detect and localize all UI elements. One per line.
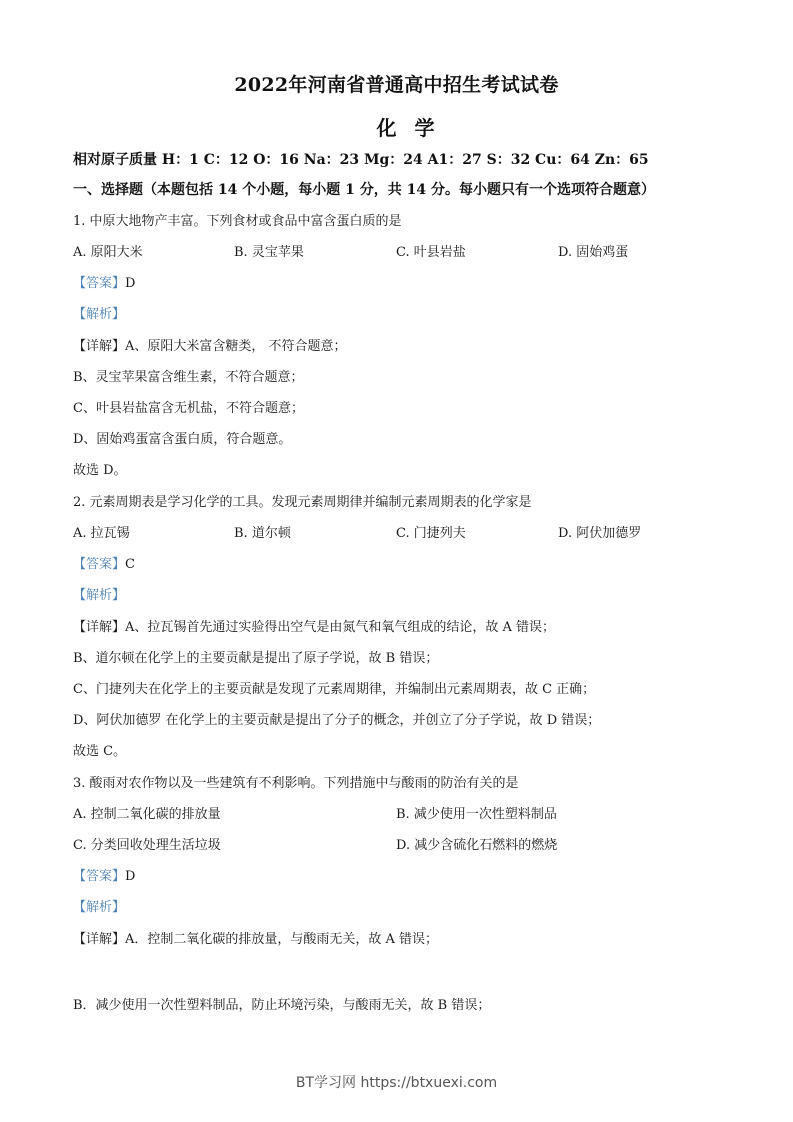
- answer-label: 【答案】: [73, 869, 125, 884]
- q3-option-c: C. 分类回收处理生活垃圾: [73, 838, 221, 854]
- section-heading: 一、选择题（本题包括 14 个小题，每小题 1 分，共 14 分。每小题只有一个…: [73, 182, 655, 198]
- exam-title: 2022年河南省普通高中招生考试试卷: [0, 70, 793, 97]
- answer-label: 【答案】: [73, 557, 125, 572]
- q2-option-a: A. 拉瓦锡: [73, 526, 130, 542]
- q3-option-a: A. 控制二氧化碳的排放量: [73, 807, 221, 823]
- answer-value: D: [125, 276, 135, 291]
- q3-detail-line: B．减少使用一次性塑料制品，防止环境污染，与酸雨无关，故 B 错误；: [73, 998, 490, 1014]
- atomic-masses: 相对原子质量 H：1 C：12 O：16 Na：23 Mg：24 A1：27 S…: [73, 152, 649, 168]
- q2-detail-line: 【详解】A、拉瓦锡首先通过实验得出空气是由氮气和氧气组成的结论，故 A 错误；: [73, 620, 555, 636]
- q2-detail-line: B、道尔顿在化学上的主要贡献是提出了原子学说，故 B 错误；: [73, 651, 438, 667]
- detail-label: 【详解】: [73, 932, 125, 947]
- answer-label: 【答案】: [73, 276, 125, 291]
- q2-option-d: D. 阿伏加德罗: [558, 526, 641, 542]
- q1-option-b: B. 灵宝苹果: [234, 245, 304, 261]
- question-2-stem: 2. 元素周期表是学习化学的工具。发现元素周期律并编制元素周期表的化学家是: [73, 495, 532, 511]
- answer-value: D: [125, 869, 135, 884]
- q1-option-c: C. 叶县岩盐: [396, 245, 466, 261]
- q3-option-d: D. 减少含硫化石燃料的燃烧: [396, 838, 557, 854]
- q1-detail-line: B、灵宝苹果富含维生素，不符合题意；: [73, 370, 304, 386]
- exam-page: 2022年河南省普通高中招生考试试卷 化学 相对原子质量 H：1 C：12 O：…: [0, 0, 793, 1122]
- q3-answer: 【答案】D: [73, 869, 135, 885]
- q3-detail-line: 【详解】A．控制二氧化碳的排放量，与酸雨无关，故 A 错误；: [73, 932, 438, 948]
- q1-conclusion: 故选 D。: [73, 463, 127, 479]
- q1-option-d: D. 固始鸡蛋: [558, 245, 628, 261]
- watermark-footer: BT学习网 https://btxuexi.com: [0, 1072, 793, 1092]
- q1-detail-line: 【详解】A、原阳大米富含糖类， 不符合题意；: [73, 339, 347, 355]
- answer-value: C: [125, 557, 135, 572]
- q1-analysis-label: 【解析】: [73, 307, 125, 323]
- detail-label: 【详解】: [73, 339, 125, 354]
- q2-detail-line: D、阿伏加德罗 在化学上的主要贡献是提出了分子的概念，并创立了分子学说，故 D …: [73, 713, 600, 729]
- q1-detail-line: D、固始鸡蛋富含蛋白质，符合题意。: [73, 432, 291, 448]
- q2-detail-line: C、门捷列夫在化学上的主要贡献是发现了元素周期律，并编制出元素周期表，故 C 正…: [73, 682, 595, 698]
- question-3-stem: 3. 酸雨对农作物以及一些建筑有不利影响。下列措施中与酸雨的防治有关的是: [73, 776, 519, 792]
- q2-option-c: C. 门捷列夫: [396, 526, 466, 542]
- q3-option-b: B. 减少使用一次性塑料制品: [396, 807, 557, 823]
- q2-conclusion: 故选 C。: [73, 744, 126, 760]
- subject-title: 化学: [0, 112, 793, 141]
- q2-answer: 【答案】C: [73, 557, 135, 573]
- question-1-stem: 1. 中原大地物产丰富。下列食材或食品中富含蛋白质的是: [73, 214, 402, 230]
- q3-analysis-label: 【解析】: [73, 900, 125, 916]
- q1-detail-line: C、叶县岩盐富含无机盐，不符合题意；: [73, 401, 304, 417]
- q2-option-b: B. 道尔顿: [234, 526, 291, 542]
- q2-analysis-label: 【解析】: [73, 588, 125, 604]
- q1-option-a: A. 原阳大米: [73, 245, 143, 261]
- detail-label: 【详解】: [73, 620, 125, 635]
- q1-answer: 【答案】D: [73, 276, 135, 292]
